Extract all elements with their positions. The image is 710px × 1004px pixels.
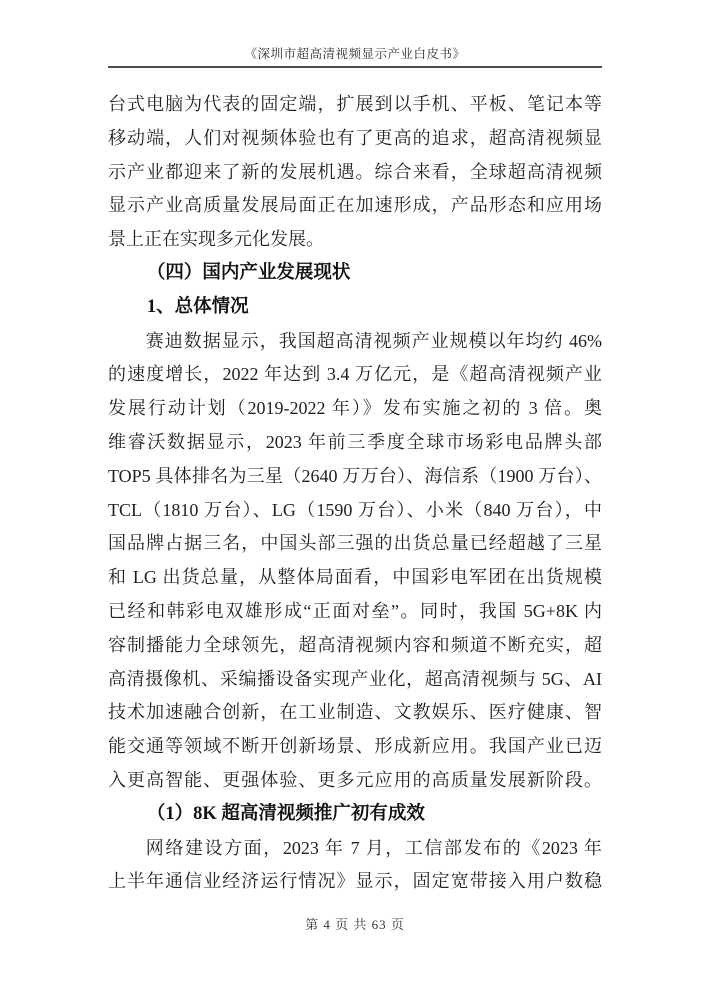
text-line: 能交通等领域不断开创新场景、形成新应用。我国产业已迈: [108, 730, 602, 764]
text-line: TOP5 具体排名为三星（2640 万万台）、海信系（1900 万台）、: [108, 460, 602, 494]
text-line: 已经和韩彩电双雄形成“正面对垒”。同时，我国 5G+8K 内: [108, 595, 602, 629]
text-line: 入更高智能、更强体验、更多元应用的高质量发展新阶段。: [108, 764, 602, 798]
document-page: 《深圳市超高清视频显示产业白皮书》 台式电脑为代表的固定端，扩展到以手机、平板、…: [0, 0, 710, 1004]
text-line: 显示产业高质量发展局面正在加速形成，产品形态和应用场: [108, 189, 602, 223]
text-line: 技术加速融合创新，在工业制造、文教娱乐、医疗健康、智: [108, 696, 602, 730]
text-line: 示产业都迎来了新的发展机遇。综合来看，全球超高清视频: [108, 156, 602, 190]
header-title: 《深圳市超高清视频显示产业白皮书》: [0, 44, 710, 62]
text-line: 发展行动计划（2019-2022 年）》发布实施之初的 3 倍。奥: [108, 392, 602, 426]
section-heading: （四）国内产业发展现状: [108, 257, 602, 291]
text-line: 和 LG 出货总量，从整体局面看，中国彩电军团在出货规模: [108, 561, 602, 595]
text-line: 台式电脑为代表的固定端，扩展到以手机、平板、笔记本等: [108, 88, 602, 122]
text-line: 赛迪数据显示，我国超高清视频产业规模以年均约 46%: [108, 325, 602, 359]
text-line: 高清摄像机、采编播设备实现产业化，超高清视频与 5G、AI: [108, 663, 602, 697]
text-line: 移动端，人们对视频体验也有了更高的追求，超高清视频显: [108, 122, 602, 156]
text-line: 容制播能力全球领先，超高清视频内容和频道不断充实，超: [108, 629, 602, 663]
page-number: 第 4 页 共 63 页: [305, 917, 405, 932]
document-body: 台式电脑为代表的固定端，扩展到以手机、平板、笔记本等移动端，人们对视频体验也有了…: [108, 88, 602, 899]
text-line: 国品牌占据三名，中国头部三强的出货总量已经超越了三星: [108, 527, 602, 561]
text-line: 维睿沃数据显示，2023 年前三季度全球市场彩电品牌头部: [108, 426, 602, 460]
page-footer: 第 4 页 共 63 页: [0, 914, 710, 933]
text-line: 的速度增长，2022 年达到 3.4 万亿元，是《超高清视频产业: [108, 358, 602, 392]
text-line: 上半年通信业经济运行情况》显示，固定宽带接入用户数稳: [108, 865, 602, 899]
text-line: TCL（1810 万台）、LG（1590 万台）、小米（840 万台），中: [108, 494, 602, 528]
header-rule: [108, 66, 602, 68]
section-heading: 1、总体情况: [108, 291, 602, 325]
section-heading: （1）8K 超高清视频推广初有成效: [108, 798, 602, 832]
text-line: 网络建设方面，2023 年 7 月，工信部发布的《2023 年: [108, 832, 602, 866]
text-line: 景上正在实现多元化发展。: [108, 223, 602, 257]
